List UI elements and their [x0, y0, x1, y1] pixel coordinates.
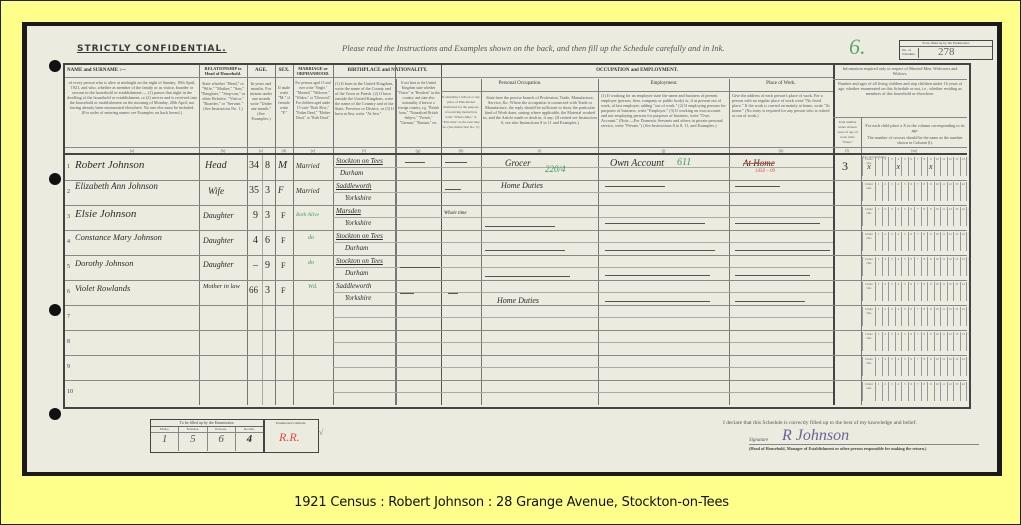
person-name: Violet Rowlands	[75, 283, 130, 293]
confidential-label: STRICTLY CONFIDENTIAL.	[77, 44, 227, 54]
header-children-ages-2: The number of crosses should be the same…	[865, 135, 965, 147]
person-marriage: do	[308, 235, 314, 241]
person-occupation: Home Duties	[501, 181, 543, 190]
person-birthplace-town: Stockton on Tees	[336, 157, 383, 165]
punch-hole	[49, 408, 61, 420]
code-f: (f)	[333, 148, 395, 153]
code-d: (d)	[275, 148, 293, 153]
declaration: I declare that this Schedule is correctl…	[723, 420, 917, 426]
children-total: 3	[842, 159, 848, 174]
person-birthplace-town: Stockton on Tees	[336, 232, 383, 240]
person-birthplace-county: Yorkshire	[345, 294, 371, 302]
code-h: (h)	[441, 148, 481, 153]
age-grid-cell	[966, 337, 973, 351]
place-code: 1450 – 09	[755, 169, 775, 174]
person-sex: F	[281, 236, 285, 245]
person-age-years: 9	[253, 210, 258, 221]
footer-persons-value: 6	[208, 433, 236, 451]
row-number: 3	[67, 214, 70, 220]
person-name: Elsie Johnson	[75, 208, 136, 220]
age-grid-cell	[862, 362, 875, 376]
code-e: (e)	[293, 148, 333, 153]
tick-mark: √	[319, 428, 323, 437]
age-grid-cell	[966, 212, 973, 226]
person-age-years: –	[253, 260, 258, 271]
code-i: (i)	[481, 148, 598, 153]
children-age-grid: Under One123456789101112131415	[862, 357, 973, 376]
person-birthplace-county: Durham	[345, 269, 368, 277]
age-grid-cell: x	[862, 162, 875, 176]
person-relationship: Daughter	[203, 211, 234, 220]
person-occupation: Grocer	[505, 158, 531, 168]
children-age-grid: Under One123456789101112131415	[862, 382, 973, 401]
person-relationship: Daughter	[203, 236, 234, 245]
header-occupation-group: OCCUPATION and EMPLOYMENT.	[442, 68, 832, 73]
instructions-line: Please read the Instructions and Example…	[342, 43, 725, 53]
person-birthplace-county: Durham	[345, 244, 368, 252]
person-age-years: 34	[249, 160, 259, 171]
person-name: Constance Mary Johnson	[75, 232, 162, 242]
person-relationship: Daughter	[203, 260, 234, 269]
signature-note: (Head of Household, Manager of Establish…	[749, 446, 926, 451]
punch-hole	[49, 173, 61, 185]
schedule-box-label: No. of Schedule.	[902, 48, 919, 58]
person-birthplace-county: Durham	[340, 169, 363, 177]
header-birthplace-body: (1) If born in the United Kingdom, write…	[335, 81, 395, 145]
person-birthplace-town: Saddleworth	[336, 182, 371, 190]
code-g: (g)	[395, 148, 441, 153]
row-number: 4	[67, 239, 70, 245]
age-grid-cell	[862, 237, 875, 251]
age-grid-cell	[966, 187, 973, 201]
children-age-grid: Under One123456789101112131415	[862, 207, 973, 226]
person-age-months: 8	[265, 160, 270, 171]
code-c: (c)	[247, 148, 275, 153]
enumerator-initials: R.R.	[279, 430, 300, 445]
age-grid-cell	[862, 212, 875, 226]
person-name: Robert Johnson	[75, 159, 144, 171]
code-l: (l)	[833, 148, 861, 153]
header-children-total: Total number under sixteen years of age.…	[835, 120, 860, 146]
census-document: STRICTLY CONFIDENTIAL. Please read the I…	[27, 26, 997, 472]
age-grid-cell	[966, 287, 973, 301]
children-age-grid: Under One123456789101112131415	[862, 257, 973, 276]
person-age-months: 9	[265, 260, 270, 271]
person-relationship: Mother in law	[203, 283, 243, 291]
children-age-grid: Under One123456789101112131415	[862, 232, 973, 251]
schedule-mark: 6.	[849, 34, 866, 60]
person-marriage: Married	[296, 187, 319, 195]
header-education-body: If attending a School or any place of Ed…	[442, 95, 480, 145]
signature: R Johnson	[782, 427, 849, 445]
punch-hole	[49, 60, 61, 72]
footer-title: To be filled up by the Enumerator.	[151, 420, 263, 427]
person-employment: Own Account	[610, 158, 664, 169]
header-children-intro: Number and ages of all living children a…	[835, 81, 965, 115]
age-grid-cell	[862, 387, 875, 401]
header-marriage-body: For persons aged 15 and over write "Sing…	[294, 81, 332, 145]
person-marriage: Married	[296, 162, 319, 170]
age-grid-cell	[966, 162, 973, 176]
children-age-grid: Under One123456789101112131415xxx	[862, 157, 973, 176]
punch-hole	[49, 304, 61, 316]
row-number: 5	[67, 264, 70, 270]
age-grid-cell	[966, 237, 973, 251]
header-sex-body: If male write "M." if female write "F."	[276, 85, 292, 145]
age-grid-cell	[966, 362, 973, 376]
code-m: (m)	[861, 148, 967, 153]
age-grid-cell	[862, 262, 875, 276]
row-number: 7	[67, 314, 70, 320]
code-b: (b)	[199, 148, 247, 153]
age-grid-cell	[966, 387, 973, 401]
header-name: NAME and SURNAME :—	[67, 68, 197, 73]
person-sex: F	[281, 286, 285, 295]
code-k: (k)	[729, 148, 833, 153]
age-grid-cell	[862, 337, 875, 351]
person-age-years: 35	[249, 185, 259, 196]
header-children-ages-1: For each child place a X in the column c…	[865, 123, 965, 135]
person-age-months: 3	[265, 285, 270, 296]
footer-header-persons: Persons.	[208, 427, 236, 432]
footer-header-females: Females.	[179, 427, 207, 432]
person-age-years: 4	[253, 235, 258, 246]
enumerator-footer-box: To be filled up by the Enumerator. Enume…	[150, 419, 319, 453]
footer-males-value: 1	[151, 433, 179, 451]
age-grid-cell	[862, 187, 875, 201]
header-sex: SEX.	[276, 68, 292, 73]
schedule-number-box: To be filled up by the Enumerator. No. o…	[899, 40, 993, 60]
row-number: 8	[67, 339, 70, 345]
image-caption: 1921 Census : Robert Johnson : 28 Grange…	[1, 495, 1021, 510]
person-sex: F	[281, 261, 285, 270]
person-education: Whole time	[444, 211, 474, 217]
occupation-code: 220/4	[545, 164, 566, 174]
person-name: Elizabeth Ann Johnson	[75, 181, 158, 191]
code-j: (j)	[598, 148, 729, 153]
age-grid-cell	[966, 262, 973, 276]
header-children-group: Information required only in respect of …	[835, 66, 965, 78]
header-place-of-work-body: Give the address of each person's place …	[732, 93, 831, 145]
person-place-of-work: At Home	[743, 158, 775, 168]
person-relationship: Wife	[208, 186, 224, 196]
signature-label: Signature	[749, 438, 768, 443]
person-birthplace-town: Marsden	[336, 207, 361, 215]
children-age-grid: Under One123456789101112131415	[862, 182, 973, 201]
header-birthplace: BIRTHPLACE and NATIONALITY.	[335, 68, 440, 73]
initials-label: Enumerator's Initials.	[264, 421, 318, 425]
age-grid-cell	[862, 287, 875, 301]
children-age-grid: Under One123456789101112131415	[862, 282, 973, 301]
person-name: Dorothy Johnson	[75, 258, 133, 268]
person-occupation: Home Duties	[497, 296, 539, 305]
person-marriage: Both Alive	[296, 212, 319, 218]
header-age: AGE.	[248, 68, 274, 73]
header-age-body: In years and months. For infants under o…	[248, 81, 274, 145]
person-relationship: Head	[205, 160, 227, 171]
person-age-months: 3	[265, 210, 270, 221]
row-number: 10	[67, 389, 73, 395]
footer-header-rooms: Rooms.	[236, 427, 263, 432]
code-a: (a)	[65, 148, 199, 153]
employment-code: 611	[677, 157, 691, 168]
header-name-body: of every person who is alive at midnight…	[67, 80, 197, 144]
person-age-months: 3	[265, 185, 270, 196]
row-number: 9	[67, 364, 70, 370]
row-number: 2	[67, 189, 70, 195]
header-place-of-work: Place of Work.	[730, 81, 832, 86]
row-number: 1	[67, 164, 70, 170]
header-nationality-body: If not born in the United Kingdom state …	[397, 81, 440, 145]
census-table: NAME and SURNAME :— of every person who …	[63, 63, 971, 409]
person-birthplace-county: Yorkshire	[345, 219, 371, 227]
person-sex: F	[281, 211, 285, 220]
person-age-months: 6	[265, 235, 270, 246]
person-marriage: do	[308, 260, 314, 266]
footer-header-males: Males.	[151, 427, 179, 432]
footer-females-value: 5	[179, 433, 207, 451]
children-age-grid: Under One123456789101112131415	[862, 307, 973, 326]
schedule-number: 278	[938, 46, 955, 58]
person-birthplace-county: Yorkshire	[345, 194, 371, 202]
person-age-years: 66	[249, 285, 258, 295]
footer-rooms-value: 4	[236, 433, 263, 451]
header-relationship: RELATIONSHIP to Head of Household.	[200, 66, 246, 76]
age-grid-cell	[862, 312, 875, 326]
header-marriage: MARRIAGE or ORPHANHOOD.	[294, 66, 332, 76]
person-marriage: Wd.	[308, 284, 318, 290]
person-birthplace-town: Saddleworth	[336, 282, 371, 290]
header-personal-occupation: Personal Occupation.	[442, 81, 598, 86]
header-relationship-body: State whether "Head," or "Wife," "Mother…	[200, 81, 246, 145]
person-sex: F	[278, 185, 284, 195]
header-personal-occupation-body: State here the precise branch of Profess…	[483, 95, 597, 145]
header-employment: Employment.	[599, 81, 729, 86]
row-number: 6	[67, 289, 70, 295]
person-birthplace-town: Stockton on Tees	[336, 257, 383, 265]
children-age-grid: Under One123456789101112131415	[862, 332, 973, 351]
person-sex: M	[278, 159, 287, 171]
age-grid-cell	[966, 312, 973, 326]
header-employment-body: (1) If working for an employer state the…	[601, 93, 727, 145]
